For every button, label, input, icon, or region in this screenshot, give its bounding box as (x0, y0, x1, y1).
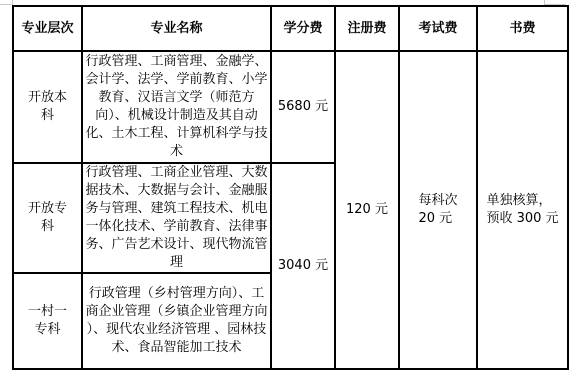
table-row: 开放本 科 行政管理、工商管理、金融学、会计学、法学、学前教育、小学教育、汉语言… (13, 51, 568, 163)
credit-fee-cell: 5680 元 (271, 51, 335, 163)
header-registration-fee: 注册费 (335, 6, 399, 51)
level-cell: 开放本 科 (13, 51, 82, 163)
level-text: 科 (14, 107, 81, 125)
level-cell: 开放专 科 (13, 163, 82, 273)
level-text: 开放本 (14, 89, 81, 107)
header-exam-fee: 考试费 (399, 6, 477, 51)
header-book-fee: 书费 (477, 6, 568, 51)
level-text: 一村一 (14, 303, 81, 321)
credit-fee-value: 3040 元 (272, 257, 334, 275)
credit-fee-cell: 3040 元 (271, 163, 335, 369)
book-fee-line2: 预收 300 元 (486, 210, 558, 228)
major-list-cell: 行政管理、工商管理、金融学、会计学、法学、学前教育、小学教育、汉语言文学（师范方… (82, 51, 271, 163)
fee-table: 专业层次 专业名称 学分费 注册费 考试费 书费 开放本 科 行政管理、工商管理… (12, 5, 569, 370)
margin-corner-mark (0, 4, 12, 5)
book-fee-value: 单独核算， 预收 300 元 (486, 192, 558, 228)
registration-fee-value: 120 元 (346, 202, 388, 217)
major-list-cell: 行政管理（乡村管理方向）、工商企业管理（乡镇企业管理方向 ）、现代农业经济管理 … (82, 273, 271, 369)
credit-fee-value: 5680 元 (278, 99, 328, 114)
header-credit-fee: 学分费 (271, 6, 335, 51)
exam-fee-line1: 每科次 (418, 192, 457, 210)
header-major: 专业名称 (82, 6, 271, 51)
book-fee-line1: 单独核算， (486, 192, 551, 210)
exam-fee-line2: 20 元 (418, 210, 452, 228)
level-cell: 一村一 专科 (13, 273, 82, 369)
book-fee-cell: 单独核算， 预收 300 元 (477, 51, 568, 369)
table-header-row: 专业层次 专业名称 学分费 注册费 考试费 书费 (13, 6, 568, 51)
level-text: 科 (14, 218, 81, 236)
level-text: 开放专 (14, 200, 81, 218)
exam-fee-cell: 每科次 20 元 (399, 51, 477, 369)
header-level: 专业层次 (13, 6, 82, 51)
level-text: 专科 (14, 321, 81, 339)
registration-fee-cell: 120 元 (335, 51, 399, 369)
major-list-cell: 行政管理、工商企业管理、大数据技术、大数据与会计、金融服务与管理、建筑工程技术、… (82, 163, 271, 273)
exam-fee-value: 每科次 20 元 (418, 192, 457, 228)
